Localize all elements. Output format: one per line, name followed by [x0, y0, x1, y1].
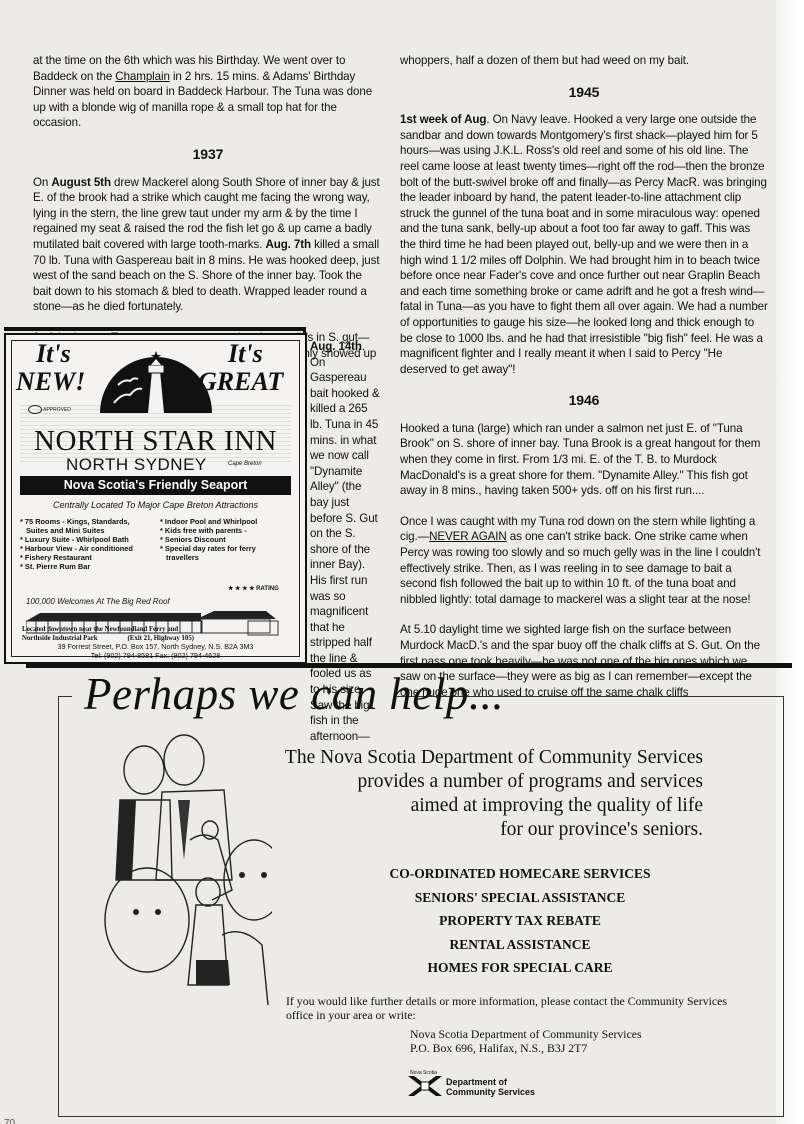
inn-city: NORTH SYDNEY [66, 455, 207, 475]
mailing-address: Nova Scotia Department of Community Serv… [410, 1028, 642, 1055]
features-left: * 75 Rooms - Kings, Standards, Suites an… [20, 517, 133, 571]
inn-rating: ★ ★ ★ ★ RATING [228, 585, 279, 592]
inn-tagline: Centrally Located To Major Cape Breton A… [6, 500, 305, 510]
champlain-link: Champlain [115, 70, 170, 83]
services-list: CO-ORDINATED HOMECARE SERVICES SENIORS' … [352, 862, 688, 980]
inn-welcome: 100,000 Welcomes At The Big Red Roof [26, 597, 170, 606]
lighthouse-icon [96, 351, 216, 413]
north-star-inn-ad: It's NEW! It's GREAT APPROVED NORTH STAR… [4, 333, 307, 664]
aaa-approved-badge: APPROVED [28, 405, 71, 414]
inn-address: 39 Forrest Street, P.O. Box 157, North S… [6, 643, 305, 660]
aaa-icon [28, 405, 42, 414]
service-item: RENTAL ASSISTANCE [352, 933, 688, 957]
features-right: * Indoor Pool and Whirlpool * Kids free … [160, 517, 257, 562]
new-text: NEW! [16, 367, 85, 397]
seniors-illustration [92, 730, 272, 1005]
paragraph-1937-a: On August 5th drew Mackerel along South … [33, 175, 383, 315]
its-right-text: It's [228, 339, 263, 369]
inn-name: NORTH STAR INN [6, 425, 305, 458]
ad-lead-text: The Nova Scotia Department of Community … [285, 746, 703, 842]
inn-slogan-banner: Nova Scotia's Friendly Seaport [20, 476, 291, 495]
paragraph-1945: 1st week of Aug. On Navy leave. Hooked a… [400, 112, 768, 377]
service-item: CO-ORDINATED HOMECARE SERVICES [352, 862, 688, 886]
ad-headline: Perhaps we can help... [84, 668, 504, 720]
ad-top-rule [4, 327, 306, 331]
paragraph-1946-a: Hooked a tuna (large) which ran under a … [400, 421, 768, 499]
inn-location: Located downtown near the Newfoundland F… [22, 625, 194, 643]
page-number: 70 [4, 1118, 15, 1124]
right-text-column: whoppers, half a dozen of them but had w… [400, 53, 768, 700]
year-heading-1937: 1937 [33, 147, 383, 163]
paragraph-1946-b: Once I was caught with my Tuna rod down … [400, 514, 768, 608]
its-left-text: It's [36, 339, 71, 369]
nova-scotia-flag-icon [408, 1076, 442, 1096]
department-logo: Nova Scotia Department of Community Serv… [408, 1070, 548, 1100]
service-item: HOMES FOR SPECIAL CARE [352, 956, 688, 980]
year-heading-1945: 1945 [400, 85, 768, 101]
contact-text: If you would like further details or mor… [286, 995, 746, 1022]
intro-paragraph: at the time on the 6th which was his Bir… [33, 53, 383, 131]
year-heading-1946: 1946 [400, 393, 768, 409]
right-intro: whoppers, half a dozen of them but had w… [400, 53, 768, 69]
service-item: SENIORS' SPECIAL ASSISTANCE [352, 886, 688, 910]
inn-region: Cape Breton [228, 461, 262, 467]
service-item: PROPERTY TAX REBATE [352, 909, 688, 933]
ad-frame-top-left [58, 696, 72, 697]
